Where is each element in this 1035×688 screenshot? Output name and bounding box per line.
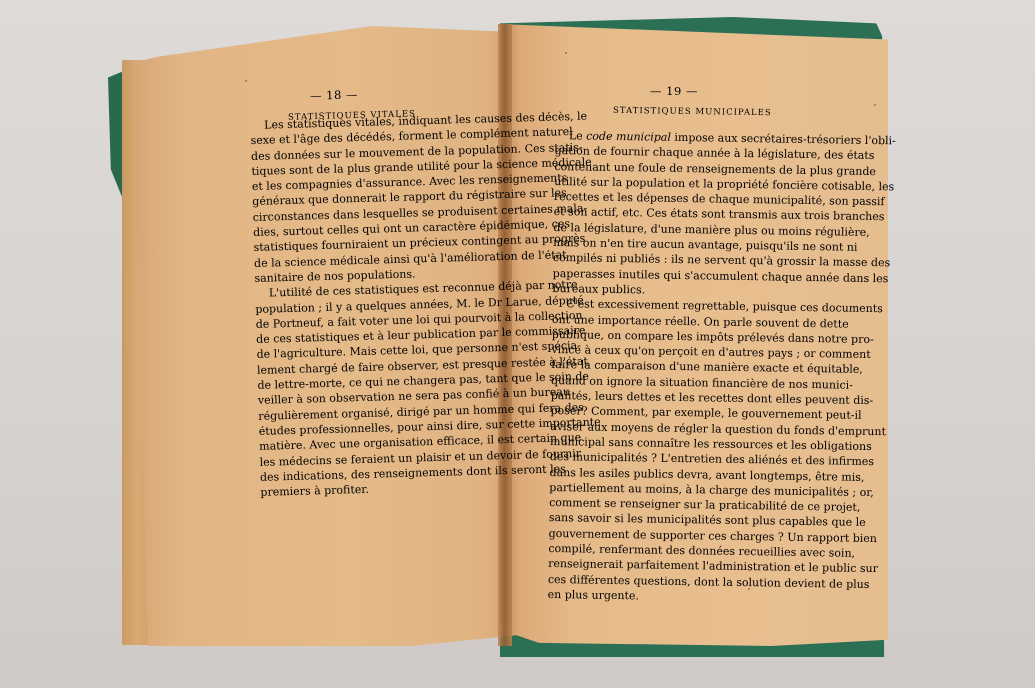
right-page-body: Le code municipal impose aux secrétaires… — [548, 128, 788, 606]
paper-speck — [245, 80, 247, 82]
italic-term: code municipal — [586, 129, 671, 143]
paper-speck — [748, 588, 750, 590]
left-page-number: — 18 — — [310, 87, 358, 102]
paper-speck — [565, 52, 567, 54]
right-page-number: — 19 — — [650, 84, 698, 98]
paper-speck — [874, 104, 876, 106]
left-page-body: Les statistiques vitales, indiquant les … — [250, 112, 481, 500]
